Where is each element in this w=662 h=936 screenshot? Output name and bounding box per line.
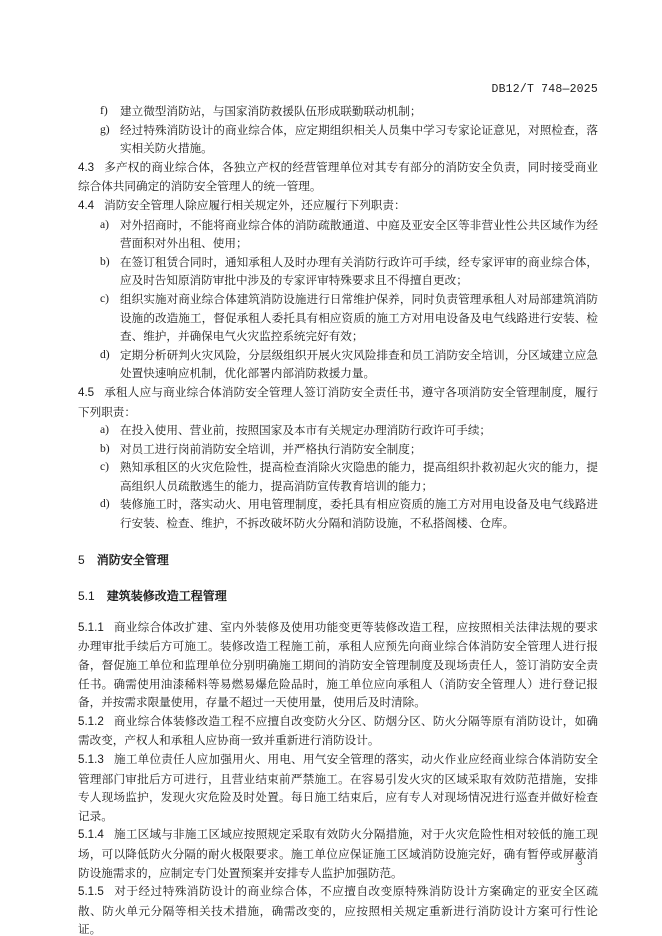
section-heading-5: 5消防安全管理 <box>78 551 598 570</box>
list-item: d) 定期分析研判火灾风险，分层级组织开展火灾风险排查和员工消防安全培训，分区域… <box>78 346 598 383</box>
list-label: b) <box>100 253 110 272</box>
clause-text: 承租人应与商业综合体消防安全管理人签订消防安全责任书，遵守各项消防安全管理制度，… <box>78 385 598 419</box>
document-page: DB12/T 748—2025 f) 建立微型消防站，与国家消防救援队伍形成联勤… <box>0 0 662 936</box>
clause-number: 4.3 <box>78 161 94 174</box>
list-label: b) <box>100 440 110 459</box>
clause-text: 多产权的商业综合体，各独立产权的经营管理单位对其专有部分的消防安全负责，同时接受… <box>78 160 598 194</box>
clause-text: 施工区域与非施工区域应按照规定采取有效防火分隔措施，对于火灾危险性相对较低的施工… <box>78 827 598 879</box>
list-text: 在签订租赁合同时，通知承租人及时办理有关消防行政许可手续，经专家评审的商业综合体… <box>120 255 598 288</box>
clause-text: 对于经过特殊消防设计的商业综合体，不应擅自改变原特殊消防设计方案确定的亚安全区疏… <box>78 884 598 936</box>
clause-text: 施工单位责任人应加强用火、用电、用气安全管理的落实，动火作业应经商业综合体消防安… <box>78 752 598 823</box>
list-label: d) <box>100 346 110 365</box>
clause-4-5: 4.5承租人应与商业综合体消防安全管理人签订消防安全责任书，遵守各项消防安全管理… <box>78 383 598 421</box>
section-number: 5 <box>78 553 85 567</box>
list-label: c) <box>100 458 109 477</box>
document-body: f) 建立微型消防站，与国家消防救援队伍形成联勤联动机制； g) 经过特殊消防设… <box>78 102 598 936</box>
clause-text: 商业综合体装修改造工程不应擅自改变防火分区、防烟分区、防火分隔等原有消防设计，如… <box>78 714 598 748</box>
clause-number: 4.4 <box>78 199 94 212</box>
list-text: 组织实施对商业综合体建筑消防设施进行日常维护保养，同时负责管理承租人对局部建筑消… <box>120 292 598 343</box>
list-item: a) 对外招商时，不能将商业综合体的消防疏散通道、中庭及亚安全区等非营业性公共区… <box>78 216 598 253</box>
list-text: 对外招商时，不能将商业综合体的消防疏散通道、中庭及亚安全区等非营业性公共区域作为… <box>120 218 598 251</box>
list-text: 建立微型消防站，与国家消防救援队伍形成联勤联动机制； <box>120 104 421 118</box>
clause-5-1-2: 5.1.2商业综合体装修改造工程不应擅自改变防火分区、防烟分区、防火分隔等原有消… <box>78 712 598 750</box>
section-title: 消防安全管理 <box>97 553 169 567</box>
list-item: a) 在投入使用、营业前，按照国家及本市有关规定办理消防行政许可手续； <box>78 421 598 440</box>
list-item: d) 装修施工时，落实动火、用电管理制度，委托具有相应资质的施工方对用电设备及电… <box>78 495 598 532</box>
clause-5-1-5: 5.1.5对于经过特殊消防设计的商业综合体，不应擅自改变原特殊消防设计方案确定的… <box>78 882 598 936</box>
document-code-header: DB12/T 748—2025 <box>491 83 598 96</box>
clause-text: 商业综合体改扩建、室内外装修及使用功能变更等装修改造工程，应按照相关法律法规的要… <box>78 620 598 709</box>
clause-4-4: 4.4消防安全管理人除应履行相关规定外，还应履行下列职责： <box>78 196 598 216</box>
clause-number: 4.5 <box>78 386 94 399</box>
clause-5-1-3: 5.1.3施工单位责任人应加强用火、用电、用气安全管理的落实，动火作业应经商业综… <box>78 750 598 825</box>
list-text: 在投入使用、营业前，按照国家及本市有关规定办理消防行政许可手续； <box>120 423 491 437</box>
list-text: 定期分析研判火灾风险，分层级组织开展火灾风险排查和员工消防安全培训，分区域建立应… <box>120 348 598 381</box>
clause-number: 5.1.5 <box>78 885 104 898</box>
clause-5-1-4: 5.1.4施工区域与非施工区域应按照规定采取有效防火分隔措施，对于火灾危险性相对… <box>78 825 598 882</box>
clause-5-1-1: 5.1.1商业综合体改扩建、室内外装修及使用功能变更等装修改造工程，应按照相关法… <box>78 618 598 712</box>
list-text: 对员工进行岗前消防安全培训，并严格执行消防安全制度； <box>120 442 421 456</box>
section-title: 建筑装修改造工程管理 <box>107 589 227 603</box>
page-number: 3 <box>577 857 583 868</box>
list-label: a) <box>100 216 109 235</box>
list-text: 经过特殊消防设计的商业综合体，应定期组织相关人员集中学习专家论证意见，对照检查，… <box>120 123 598 156</box>
list-item: b) 在签订租赁合同时，通知承租人及时办理有关消防行政许可手续，经专家评审的商业… <box>78 253 598 290</box>
list-item: c) 熟知承租区的火灾危险性，提高检查消除火灾隐患的能力，提高组织扑救初起火灾的… <box>78 458 598 495</box>
list-label: d) <box>100 495 110 514</box>
list-label: f) <box>100 102 108 121</box>
section-number: 5.1 <box>78 589 95 603</box>
clause-number: 5.1.3 <box>78 753 104 766</box>
list-item: c) 组织实施对商业综合体建筑消防设施进行日常维护保养，同时负责管理承租人对局部… <box>78 290 598 346</box>
list-text: 装修施工时，落实动火、用电管理制度，委托具有相应资质的施工方对用电设备及电气线路… <box>120 497 598 530</box>
clause-text: 消防安全管理人除应履行相关规定外，还应履行下列职责： <box>104 198 405 212</box>
list-text: 熟知承租区的火灾危险性，提高检查消除火灾隐患的能力，提高组织扑救初起火灾的能力，… <box>120 460 598 493</box>
list-item-g: g) 经过特殊消防设计的商业综合体，应定期组织相关人员集中学习专家论证意见，对照… <box>78 121 598 158</box>
list-label: c) <box>100 290 109 309</box>
clause-4-3: 4.3多产权的商业综合体，各独立产权的经营管理单位对其专有部分的消防安全负责，同… <box>78 158 598 196</box>
list-label: a) <box>100 421 109 440</box>
section-heading-5-1: 5.1建筑装修改造工程管理 <box>78 587 598 606</box>
clause-number: 5.1.4 <box>78 828 104 841</box>
clause-number: 5.1.2 <box>78 715 104 728</box>
list-label: g) <box>100 121 110 140</box>
list-item: b) 对员工进行岗前消防安全培训，并严格执行消防安全制度； <box>78 440 598 459</box>
clause-number: 5.1.1 <box>78 621 104 634</box>
list-item-f: f) 建立微型消防站，与国家消防救援队伍形成联勤联动机制； <box>78 102 598 121</box>
